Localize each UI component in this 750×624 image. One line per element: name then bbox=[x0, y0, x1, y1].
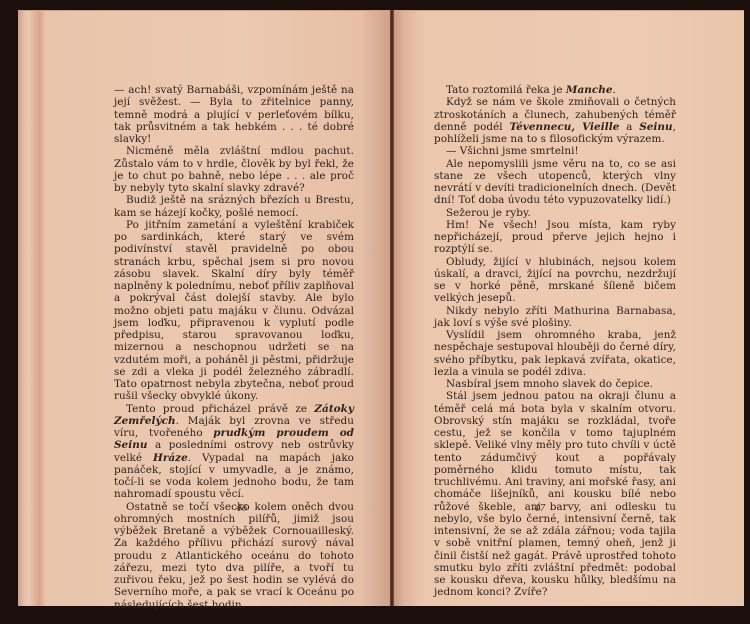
paragraph: Ale nepomyslili jsme věru na to, co se a… bbox=[434, 158, 676, 207]
paragraph: Nikdy nebylo zříti Mathurina Barnabasa, … bbox=[434, 305, 676, 330]
paragraph: Po jitřním zametání a vyleštění krabiček… bbox=[114, 219, 354, 403]
open-book: — ach! svatý Barnabáši, vzpomínám ještě … bbox=[18, 6, 744, 610]
paragraph: Budiž ještě na srázných březích u Brestu… bbox=[114, 194, 354, 219]
right-page: Tato roztomilá řeka je Manche.Když se ná… bbox=[394, 10, 744, 606]
paragraph: Obludy, žijící v hlubinách, nejsou kolem… bbox=[434, 256, 676, 305]
left-page-number: 46 bbox=[236, 504, 247, 514]
paragraph: Nasbíral jsem mnoho slavek do čepice. bbox=[434, 378, 676, 390]
paragraph: Sežerou je ryby. bbox=[434, 207, 676, 219]
paragraph: Nicméně měla zvláštní mdlou pachut. Zůst… bbox=[114, 145, 354, 194]
paragraph: Když se nám ve škole zmiňovali o četných… bbox=[434, 96, 676, 145]
left-page-text: — ach! svatý Barnabáši, vzpomínám ještě … bbox=[114, 84, 354, 611]
paragraph: — Všichni jsme smrtelni! bbox=[434, 145, 676, 157]
paragraph: Stál jsem jednou patou na okraji člunu a… bbox=[434, 390, 676, 598]
paragraph: Tento proud přicházel právě ze Zátoky Ze… bbox=[114, 403, 354, 501]
right-page-number: 47 bbox=[534, 504, 545, 514]
left-page: — ach! svatý Barnabáši, vzpomínám ještě … bbox=[18, 10, 390, 606]
paragraph: Vyslídil jsem ohromného kraba, jenž nesp… bbox=[434, 329, 676, 378]
paragraph: Tato roztomilá řeka je Manche. bbox=[434, 84, 676, 96]
paragraph: Ostatně se točí všecko kolem oněch dvou … bbox=[114, 501, 354, 611]
paragraph: — ach! svatý Barnabáši, vzpomínám ještě … bbox=[114, 84, 354, 145]
right-page-text: Tato roztomilá řeka je Manche.Když se ná… bbox=[434, 84, 676, 599]
paragraph: Hm! Ne všech! Jsou místa, kam ryby nepři… bbox=[434, 219, 676, 256]
